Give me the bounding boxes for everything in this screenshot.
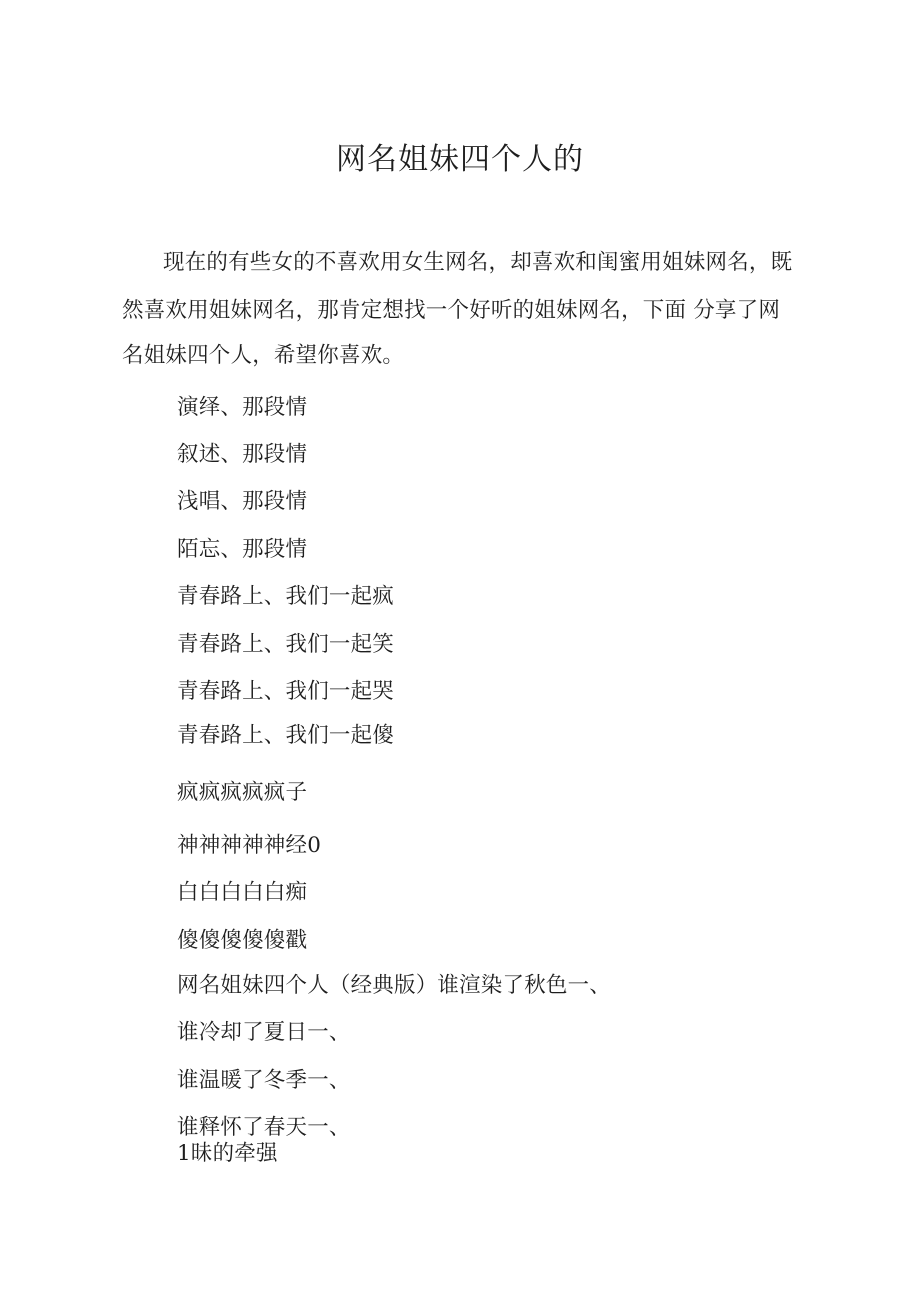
name-list-line: 白白白白白痴 [177,880,307,906]
name-list-line: 谁温暖了冬季一、 [177,1068,351,1094]
document-page: 网名姐妹四个人的 现在的有些女的不喜欢用女生网名，却喜欢和闺蜜用姐妹网名，既 然… [0,0,920,1303]
name-list-line: 1昧的牵强 [177,1141,278,1167]
name-list-line: 神神神神神经0 [177,833,321,859]
name-list-line: 叙述、那段情 [177,442,307,468]
name-list-line: 青春路上、我们一起哭 [177,679,394,705]
intro-line: 然喜欢用姐妹网名，那肯定想找一个好听的姐妹网名，下面 分享了网 [122,298,780,324]
name-list-line: 演绎、那段情 [177,395,307,421]
name-list-line: 青春路上、我们一起疯 [177,584,394,610]
intro-line: 现在的有些女的不喜欢用女生网名，却喜欢和闺蜜用姐妹网名，既 [163,250,792,276]
name-list-line: 谁释怀了春天一、 [177,1115,351,1141]
name-list-line: 网名姐妹四个人（经典版）谁渲染了秋色一、 [177,973,611,999]
intro-line: 名姐妹四个人，希望你喜欢。 [122,343,404,369]
document-title: 网名姐妹四个人的 [0,143,920,177]
name-list-line: 青春路上、我们一起傻 [177,723,394,749]
name-list-line: 谁冷却了夏日一、 [177,1020,351,1046]
name-list-line: 疯疯疯疯疯子 [177,780,307,806]
name-list-line: 青春路上、我们一起笑 [177,632,394,658]
name-list-line: 浅唱、那段情 [177,489,307,515]
name-list-line: 陌忘、那段情 [177,537,307,563]
name-list-line: 傻傻傻傻傻戳 [177,928,307,954]
